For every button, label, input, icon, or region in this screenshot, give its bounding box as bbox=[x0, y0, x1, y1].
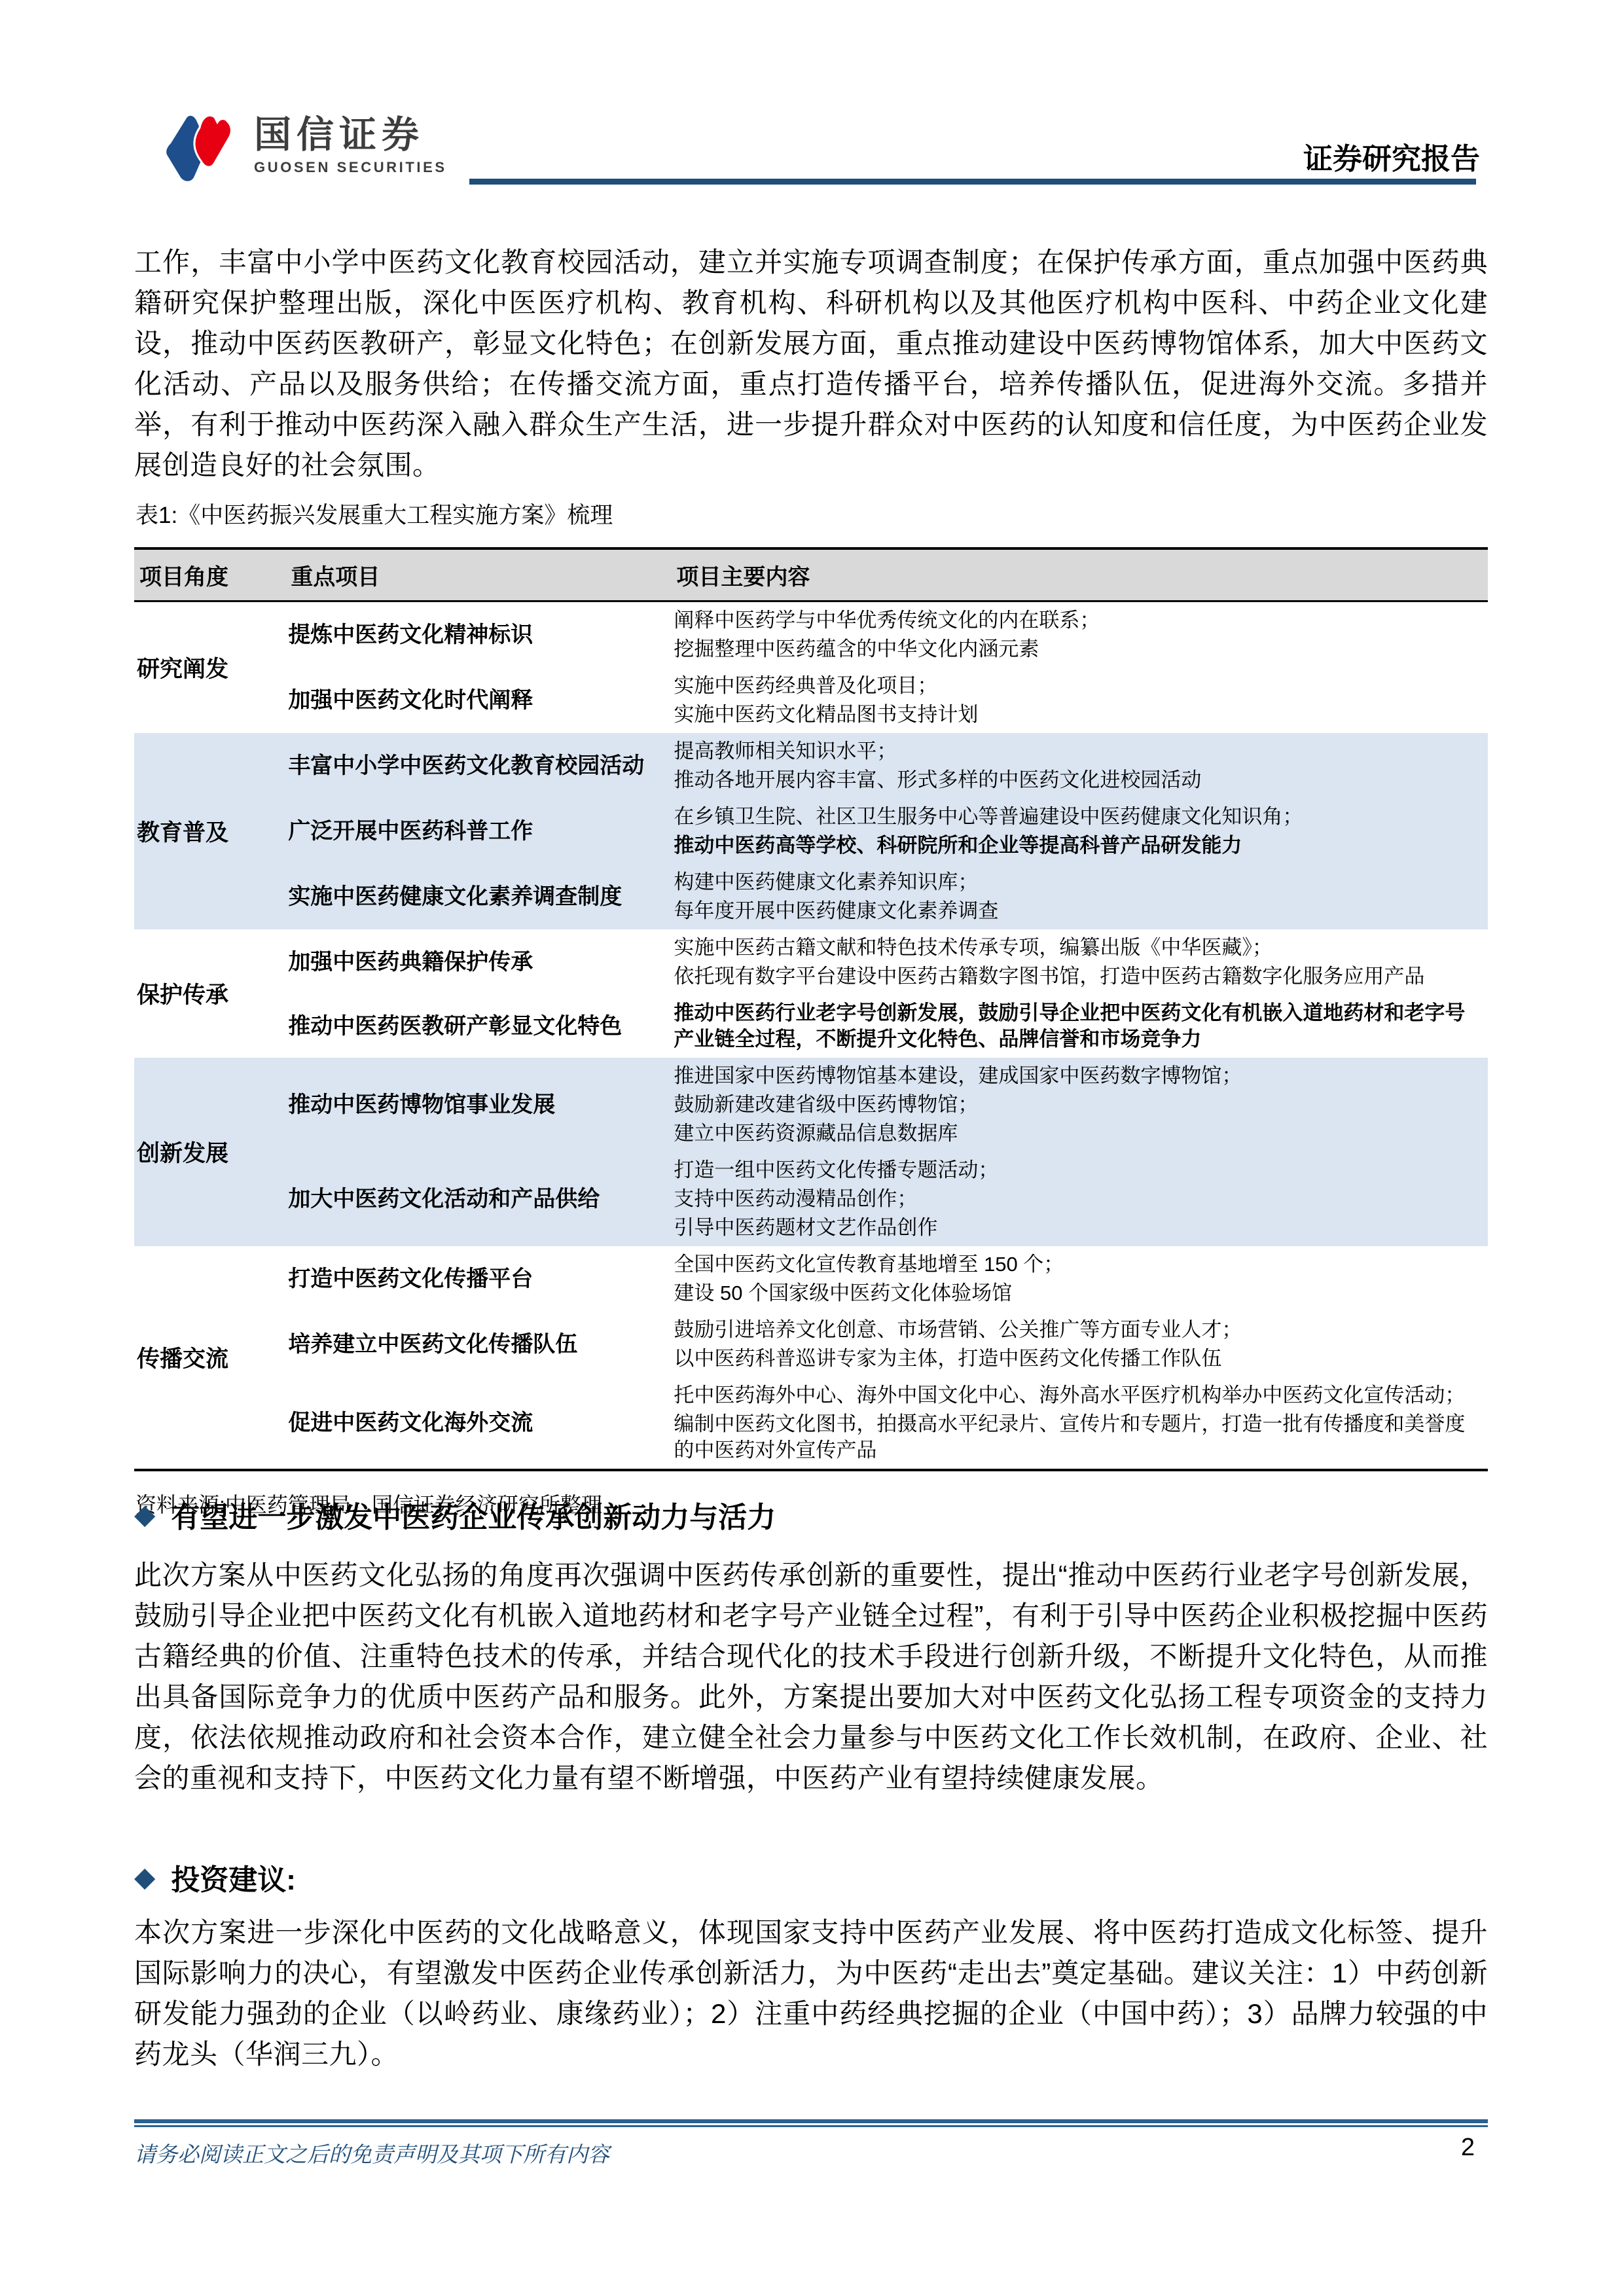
content-line: 托中医药海外中心、海外中国文化中心、海外高水平医疗机构举办中医药文化宣传活动； bbox=[674, 1381, 1485, 1410]
project-angle-cell: 保护传承 bbox=[134, 929, 285, 1058]
content-line: 每年度开展中医药健康文化素养调查 bbox=[674, 897, 1485, 925]
content-line: 实施中医药古籍文献和特色技术传承专项，编纂出版《中华医藏》； bbox=[674, 933, 1485, 962]
content-line: 构建中医药健康文化素养知识库； bbox=[674, 868, 1485, 897]
column-header-angle: 项目角度 bbox=[134, 548, 285, 601]
key-project-cell: 加强中医药典籍保护传承 bbox=[285, 929, 671, 995]
content-line: 阐释中医药学与中华优秀传统文化的内在联系； bbox=[674, 606, 1485, 635]
content-line: 支持中医药动漫精品创作； bbox=[674, 1185, 1485, 1213]
content-line: 推动中医药行业老字号创新发展，鼓励引导企业把中医药文化有机嵌入道地药材和老字号产… bbox=[674, 999, 1485, 1054]
key-project-cell: 培养建立中医药文化传播队伍 bbox=[285, 1312, 671, 1377]
table-row: 研究阐发提炼中医药文化精神标识阐释中医药学与中华优秀传统文化的内在联系；挖掘整理… bbox=[134, 601, 1488, 668]
column-header-content: 项目主要内容 bbox=[671, 548, 1488, 601]
content-line: 在乡镇卫生院、社区卫生服务中心等普遍建设中医药健康文化知识角； bbox=[674, 802, 1485, 831]
main-content-cell: 全国中医药文化宣传教育基地增至 150 个；建设 50 个国家级中医药文化体验场… bbox=[671, 1246, 1488, 1312]
key-project-cell: 加大中医药文化活动和产品供给 bbox=[285, 1152, 671, 1246]
implementation-plan-table: 项目角度 重点项目 项目主要内容 研究阐发提炼中医药文化精神标识阐释中医药学与中… bbox=[134, 547, 1488, 1471]
table-row: 创新发展推动中医药博物馆事业发展推进国家中医药博物馆基本建设，建成国家中医药数字… bbox=[134, 1058, 1488, 1152]
key-project-cell: 推动中医药医教研产彰显文化特色 bbox=[285, 995, 671, 1058]
main-content-cell: 实施中医药经典普及化项目；实施中医药文化精品图书支持计划 bbox=[671, 668, 1488, 733]
content-line: 鼓励引进培养文化创意、市场营销、公关推广等方面专业人才； bbox=[674, 1316, 1485, 1344]
content-line: 推进国家中医药博物馆基本建设，建成国家中医药数字博物馆； bbox=[674, 1062, 1485, 1090]
table-row: 教育普及丰富中小学中医药文化教育校园活动提高教师相关知识水平；推动各地开展内容丰… bbox=[134, 733, 1488, 798]
key-project-cell: 促进中医药文化海外交流 bbox=[285, 1377, 671, 1470]
content-line: 依托现有数字平台建设中医药古籍数字图书馆，打造中医药古籍数字化服务应用产品 bbox=[674, 962, 1485, 991]
footer-divider bbox=[134, 2119, 1488, 2127]
main-content-cell: 构建中医药健康文化素养知识库；每年度开展中医药健康文化素养调查 bbox=[671, 864, 1488, 929]
table-block: 表1:《中医药振兴发展重大工程实施方案》梳理 项目角度 重点项目 项目主要内容 … bbox=[134, 497, 1488, 1518]
project-angle-cell: 创新发展 bbox=[134, 1058, 285, 1246]
key-project-cell: 广泛开展中医药科普工作 bbox=[285, 798, 671, 864]
guosen-logo: 国信证券 GUOSEN SECURITIES bbox=[162, 110, 447, 188]
body-paragraph-3: 本次方案进一步深化中医药的文化战略意义，体现国家支持中医药产业发展、将中医药打造… bbox=[134, 1912, 1488, 2075]
section-title-1: 有望进一步激发中医药企业传承创新动力与活力 bbox=[171, 1494, 776, 1535]
column-header-project: 重点项目 bbox=[285, 548, 671, 601]
section-heading-2: ◆ 投资建议: bbox=[134, 1856, 296, 1898]
content-line: 鼓励新建改建省级中医药博物馆； bbox=[674, 1090, 1485, 1119]
diamond-bullet-icon: ◆ bbox=[134, 1501, 155, 1528]
content-line: 实施中医药文化精品图书支持计划 bbox=[674, 700, 1485, 729]
content-line: 推动中医药高等学校、科研院所和企业等提高科普产品研发能力 bbox=[674, 831, 1485, 860]
table-row: 促进中医药文化海外交流托中医药海外中心、海外中国文化中心、海外高水平医疗机构举办… bbox=[134, 1377, 1488, 1470]
report-page: 国信证券 GUOSEN SECURITIES 证券研究报告 工作，丰富中小学中医… bbox=[0, 0, 1624, 2296]
main-content-cell: 托中医药海外中心、海外中国文化中心、海外高水平医疗机构举办中医药文化宣传活动；编… bbox=[671, 1377, 1488, 1470]
content-line: 编制中医药文化图书，拍摄高水平纪录片、宣传片和专题片，打造一批有传播度和美誉度的… bbox=[674, 1410, 1485, 1465]
main-content-cell: 阐释中医药学与中华优秀传统文化的内在联系；挖掘整理中医药蕴含的中华文化内涵元素 bbox=[671, 601, 1488, 668]
report-type-label: 证券研究报告 bbox=[1303, 135, 1480, 177]
main-content-cell: 推进国家中医药博物馆基本建设，建成国家中医药数字博物馆；鼓励新建改建省级中医药博… bbox=[671, 1058, 1488, 1152]
key-project-cell: 丰富中小学中医药文化教育校园活动 bbox=[285, 733, 671, 798]
header-divider bbox=[469, 179, 1476, 185]
table-row: 加强中医药文化时代阐释实施中医药经典普及化项目；实施中医药文化精品图书支持计划 bbox=[134, 668, 1488, 733]
table-body: 研究阐发提炼中医药文化精神标识阐释中医药学与中华优秀传统文化的内在联系；挖掘整理… bbox=[134, 601, 1488, 1471]
content-line: 建立中医药资源藏品信息数据库 bbox=[674, 1119, 1485, 1148]
table-row: 实施中医药健康文化素养调查制度构建中医药健康文化素养知识库；每年度开展中医药健康… bbox=[134, 864, 1488, 929]
main-content-cell: 在乡镇卫生院、社区卫生服务中心等普遍建设中医药健康文化知识角；推动中医药高等学校… bbox=[671, 798, 1488, 864]
table-header-row: 项目角度 重点项目 项目主要内容 bbox=[134, 548, 1488, 601]
footer-disclaimer: 请务必阅读正文之后的免责声明及其项下所有内容 bbox=[134, 2138, 609, 2168]
main-content-cell: 打造一组中医药文化传播专题活动；支持中医药动漫精品创作；引导中医药题材文艺作品创… bbox=[671, 1152, 1488, 1246]
table-header: 项目角度 重点项目 项目主要内容 bbox=[134, 548, 1488, 601]
content-line: 挖掘整理中医药蕴含的中华文化内涵元素 bbox=[674, 635, 1485, 664]
table-row: 传播交流打造中医药文化传播平台全国中医药文化宣传教育基地增至 150 个；建设 … bbox=[134, 1246, 1488, 1312]
section-heading-1: ◆ 有望进一步激发中医药企业传承创新动力与活力 bbox=[134, 1494, 776, 1535]
table-row: 推动中医药医教研产彰显文化特色推动中医药行业老字号创新发展，鼓励引导企业把中医药… bbox=[134, 995, 1488, 1058]
section-title-2: 投资建议: bbox=[171, 1856, 296, 1898]
content-line: 建设 50 个国家级中医药文化体验场馆 bbox=[674, 1279, 1485, 1308]
key-project-cell: 打造中医药文化传播平台 bbox=[285, 1246, 671, 1312]
diamond-bullet-icon: ◆ bbox=[134, 1863, 155, 1891]
table-row: 加大中医药文化活动和产品供给打造一组中医药文化传播专题活动；支持中医药动漫精品创… bbox=[134, 1152, 1488, 1246]
page-number: 2 bbox=[1461, 2134, 1475, 2162]
key-project-cell: 加强中医药文化时代阐释 bbox=[285, 668, 671, 733]
project-angle-cell: 教育普及 bbox=[134, 733, 285, 929]
content-line: 提高教师相关知识水平； bbox=[674, 737, 1485, 766]
logo-name-en: GUOSEN SECURITIES bbox=[254, 160, 447, 175]
content-line: 引导中医药题材文艺作品创作 bbox=[674, 1213, 1485, 1242]
content-line: 推动各地开展内容丰富、形式多样的中医药文化进校园活动 bbox=[674, 766, 1485, 795]
table-row: 保护传承加强中医药典籍保护传承实施中医药古籍文献和特色技术传承专项，编纂出版《中… bbox=[134, 929, 1488, 995]
content-line: 实施中医药经典普及化项目； bbox=[674, 672, 1485, 700]
main-content-cell: 提高教师相关知识水平；推动各地开展内容丰富、形式多样的中医药文化进校园活动 bbox=[671, 733, 1488, 798]
project-angle-cell: 传播交流 bbox=[134, 1246, 285, 1470]
guosen-logo-text: 国信证券 GUOSEN SECURITIES bbox=[254, 110, 447, 175]
content-line: 打造一组中医药文化传播专题活动； bbox=[674, 1156, 1485, 1185]
table-row: 培养建立中医药文化传播队伍鼓励引进培养文化创意、市场营销、公关推广等方面专业人才… bbox=[134, 1312, 1488, 1377]
key-project-cell: 推动中医药博物馆事业发展 bbox=[285, 1058, 671, 1152]
main-content-cell: 鼓励引进培养文化创意、市场营销、公关推广等方面专业人才；以中医药科普巡讲专家为主… bbox=[671, 1312, 1488, 1377]
guosen-logo-icon bbox=[162, 110, 234, 188]
content-line: 以中医药科普巡讲专家为主体，打造中医药文化传播工作队伍 bbox=[674, 1344, 1485, 1373]
body-paragraph-1: 工作，丰富中小学中医药文化教育校园活动，建立并实施专项调查制度；在保护传承方面，… bbox=[134, 242, 1488, 486]
logo-name-cn: 国信证券 bbox=[254, 117, 447, 154]
project-angle-cell: 研究阐发 bbox=[134, 601, 285, 734]
table-title: 表1:《中医药振兴发展重大工程实施方案》梳理 bbox=[135, 497, 1488, 530]
key-project-cell: 实施中医药健康文化素养调查制度 bbox=[285, 864, 671, 929]
body-paragraph-2: 此次方案从中医药文化弘扬的角度再次强调中医药传承创新的重要性，提出“推动中医药行… bbox=[134, 1555, 1488, 1799]
key-project-cell: 提炼中医药文化精神标识 bbox=[285, 601, 671, 668]
main-content-cell: 推动中医药行业老字号创新发展，鼓励引导企业把中医药文化有机嵌入道地药材和老字号产… bbox=[671, 995, 1488, 1058]
content-line: 全国中医药文化宣传教育基地增至 150 个； bbox=[674, 1250, 1485, 1279]
table-row: 广泛开展中医药科普工作在乡镇卫生院、社区卫生服务中心等普遍建设中医药健康文化知识… bbox=[134, 798, 1488, 864]
main-content-cell: 实施中医药古籍文献和特色技术传承专项，编纂出版《中华医藏》；依托现有数字平台建设… bbox=[671, 929, 1488, 995]
